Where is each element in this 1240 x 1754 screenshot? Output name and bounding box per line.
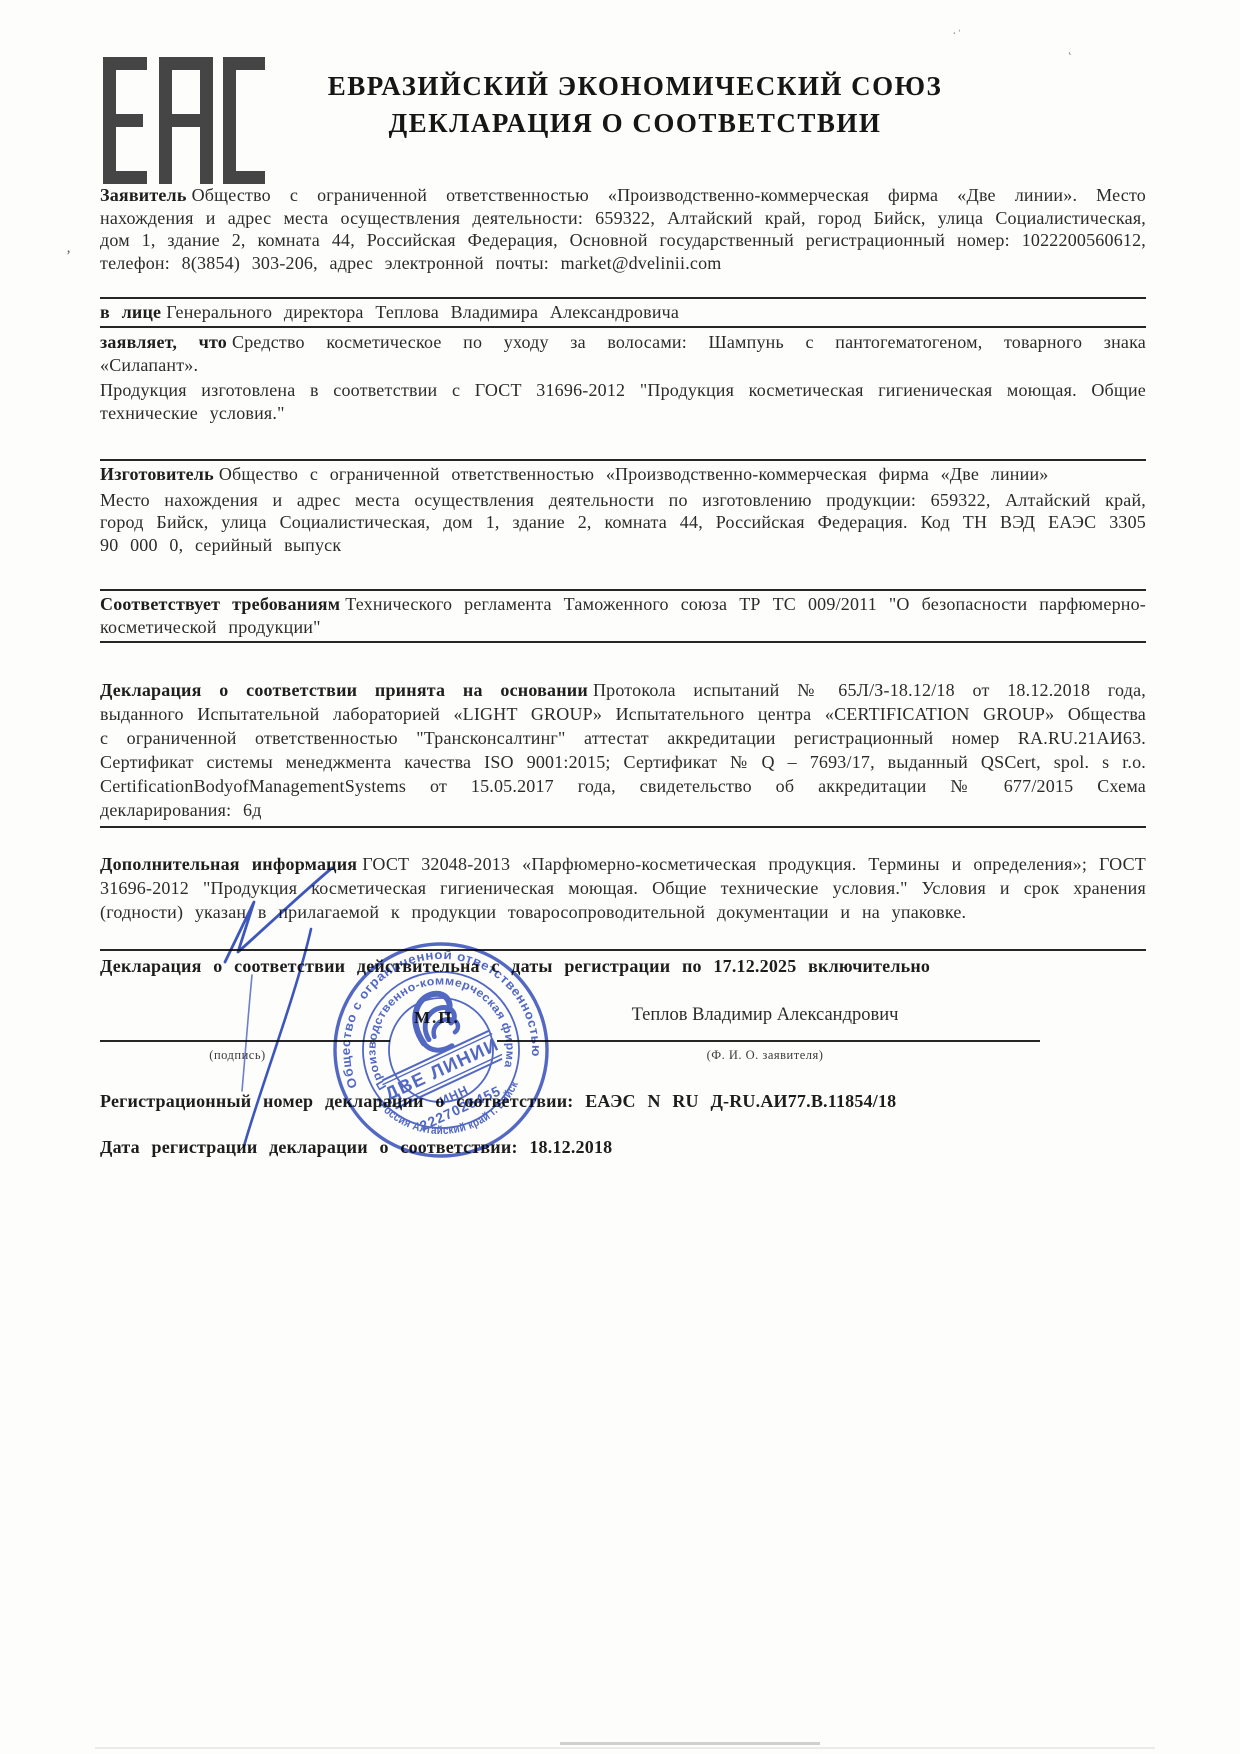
basis-text: Протокола испытаний № 65Л/З-18.12/18 от … — [100, 680, 1146, 820]
section-declares: заявляет, чтоСредство косметическое по у… — [100, 331, 1146, 461]
section-label-manufacturer: Изготовитель — [100, 464, 214, 484]
title-line-union: ЕВРАЗИЙСКИЙ ЭКОНОМИЧЕСКИЙ СОЮЗ — [290, 68, 980, 105]
declarant-name-caption: (Ф. И. О. заявителя) — [605, 1048, 925, 1063]
section-label-complies: Соответствует требованиям — [100, 594, 340, 614]
section-label-applicant: Заявитель — [100, 185, 187, 205]
eac-mark-icon — [103, 57, 265, 184]
declares-text: Средство косметическое по уходу за волос… — [100, 332, 1146, 375]
document-title: ЕВРАЗИЙСКИЙ ЭКОНОМИЧЕСКИЙ СОЮЗ ДЕКЛАРАЦИ… — [290, 68, 980, 142]
section-in-person: в лицеГенерального директора Теплова Вла… — [100, 301, 1146, 328]
declarant-name: Теплов Владимир Александрович — [565, 1005, 965, 1026]
section-basis: Декларация о соответствии принята на осн… — [100, 678, 1146, 828]
declares-text2: Продукция изготовлена в соответствии с Г… — [100, 380, 1146, 423]
section-label-declares: заявляет, что — [100, 332, 227, 352]
declaration-document-page: ЕВРАЗИЙСКИЙ ЭКОНОМИЧЕСКИЙ СОЮЗ ДЕКЛАРАЦИ… — [0, 0, 1240, 1754]
section-label-basis: Декларация о соответствии принята на осн… — [100, 680, 588, 700]
in-person-text: Генерального директора Теплова Владимира… — [166, 302, 679, 322]
declarant-name-line — [497, 1040, 1040, 1042]
manufacturer-text2: Место нахождения и адрес места осуществл… — [100, 490, 1146, 555]
section-complies: Соответствует требованиямТехнического ре… — [100, 593, 1146, 643]
scan-speck: ·ˈ — [950, 25, 963, 43]
scan-speck: ’ — [66, 248, 71, 265]
scan-streak — [95, 1747, 1155, 1749]
scan-speck: ˛ — [1068, 40, 1072, 56]
section-manufacturer: ИзготовительОбщество с ограниченной отве… — [100, 463, 1146, 591]
handwritten-signature — [190, 845, 360, 1165]
section-label-in-person: в лице — [100, 302, 161, 322]
title-line-declaration: ДЕКЛАРАЦИЯ О СООТВЕТСТВИИ — [290, 105, 980, 142]
applicant-text: Общество с ограниченной ответственностью… — [100, 185, 1146, 273]
scan-streak — [560, 1742, 820, 1745]
manufacturer-text: Общество с ограниченной ответственностью… — [219, 464, 1049, 484]
section-applicant: ЗаявительОбщество с ограниченной ответст… — [100, 184, 1146, 299]
